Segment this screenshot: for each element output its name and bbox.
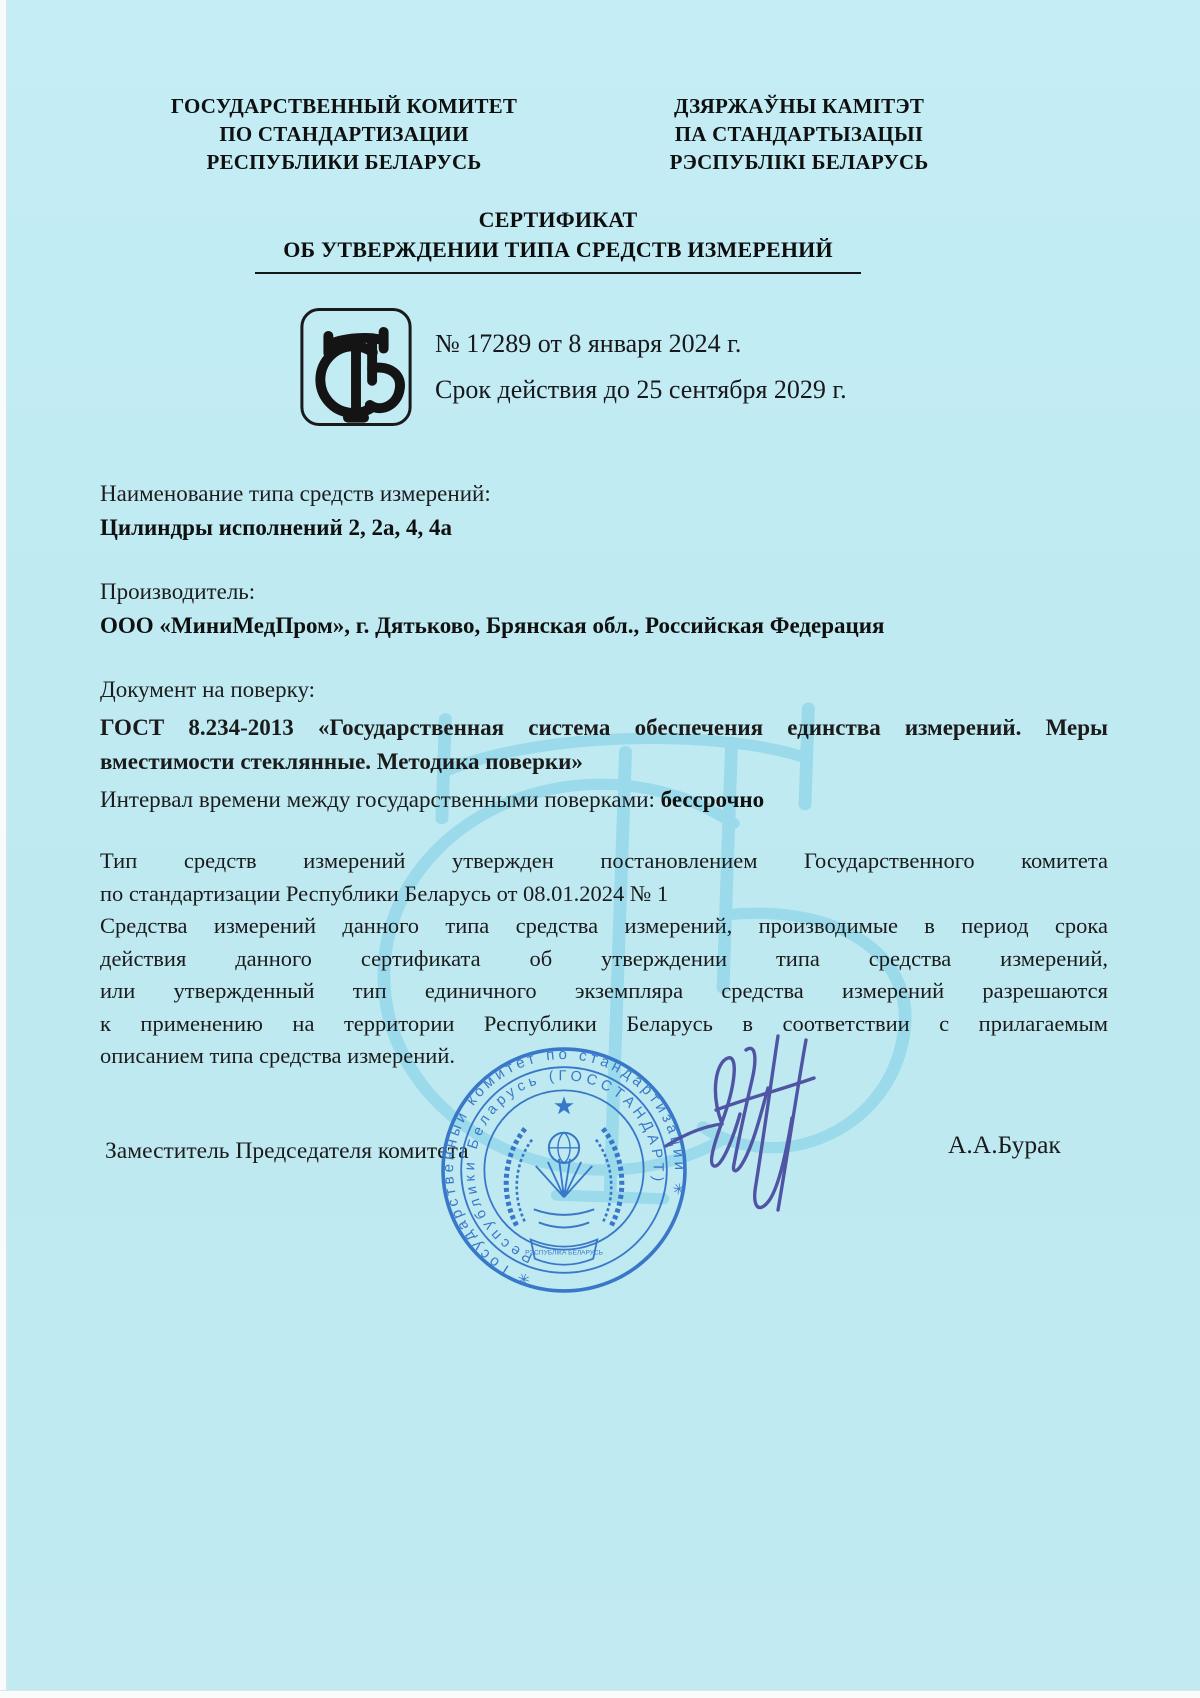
interval-value: бессрочно bbox=[661, 787, 765, 812]
letterhead-belarusian: ДЗЯРЖАЎНЫ КАМІТЭТ ПА СТАНДАРТЫЗАЦЫІ РЭСП… bbox=[648, 92, 950, 176]
certificate-validity: Срок действия до 25 сентября 2029 г. bbox=[435, 367, 847, 413]
type-name-value: Цилиндры исполнений 2, 2а, 4, 4а bbox=[100, 515, 1108, 541]
gosstandart-seal-icon: ✳ Государственный комитет по стандартиза… bbox=[438, 1044, 690, 1296]
paragraph-line6: к применению на территории Республики Бе… bbox=[100, 1008, 1108, 1041]
verification-doc-value: ГОСТ 8.234-2013 «Государственная система… bbox=[100, 711, 1108, 779]
verification-doc-line2: вместимости стеклянные. Методика поверки… bbox=[100, 745, 1108, 779]
manufacturer-value: ООО «МиниМедПром», г. Дятьково, Брянская… bbox=[100, 613, 1108, 639]
certificate-number: № 17289 от 8 января 2024 г. bbox=[435, 321, 847, 367]
manufacturer-label: Производитель: bbox=[100, 579, 1108, 605]
seal-star-icon bbox=[554, 1096, 573, 1114]
paragraph-line2: по стандартизации Республики Беларусь от… bbox=[100, 878, 1108, 911]
paragraph-line3: Средства измерений данного типа средства… bbox=[100, 910, 1108, 943]
letterhead-by-line1: ДЗЯРЖАЎНЫ КАМІТЭТ bbox=[648, 92, 950, 120]
paragraph-line4: действия данного сертификата об утвержде… bbox=[100, 943, 1108, 976]
stb-logo-icon bbox=[298, 306, 414, 428]
interval-label: Интервал времени между государственными … bbox=[100, 787, 661, 812]
letterhead-by-line3: РЭСПУБЛІКІ БЕЛАРУСЬ bbox=[648, 148, 950, 176]
seal-ribbon-text: РЭСПУБЛІКА БЕЛАРУСЬ bbox=[525, 1250, 603, 1257]
interval-line: Интервал времени между государственными … bbox=[100, 787, 1108, 813]
letterhead-ru-line2: ПО СТАНДАРТИЗАЦИИ bbox=[168, 120, 520, 148]
handwritten-signature-icon bbox=[658, 1012, 848, 1232]
signer-position-label: Заместитель Председателя комитета bbox=[105, 1138, 469, 1165]
approval-paragraph: Тип средств измерений утвержден постанов… bbox=[100, 845, 1108, 1073]
letterhead-russian: ГОСУДАРСТВЕННЫЙ КОМИТЕТ ПО СТАНДАРТИЗАЦИ… bbox=[168, 92, 520, 176]
title-line2: ОБ УТВЕРЖДЕНИИ ТИПА СРЕДСТВ ИЗМЕРЕНИЙ bbox=[255, 235, 861, 265]
letterhead-by-line2: ПА СТАНДАРТЫЗАЦЫІ bbox=[648, 120, 950, 148]
verification-doc-label: Документ на поверку: bbox=[100, 677, 1108, 703]
document-title: СЕРТИФИКАТ ОБ УТВЕРЖДЕНИИ ТИПА СРЕДСТВ И… bbox=[255, 205, 861, 274]
certificate-number-block: № 17289 от 8 января 2024 г. Срок действи… bbox=[435, 321, 847, 413]
type-name-label: Наименование типа средств измерений: bbox=[100, 481, 1108, 507]
scan-edge-bottom bbox=[0, 1690, 1200, 1698]
scan-edge-left bbox=[0, 0, 7, 1698]
letterhead-ru-line1: ГОСУДАРСТВЕННЫЙ КОМИТЕТ bbox=[168, 92, 520, 120]
letterhead-ru-line3: РЕСПУБЛИКИ БЕЛАРУСЬ bbox=[168, 148, 520, 176]
verification-doc-line1: ГОСТ 8.234-2013 «Государственная система… bbox=[100, 711, 1108, 745]
title-line1: СЕРТИФИКАТ bbox=[255, 205, 861, 235]
certificate-page: ГОСУДАРСТВЕННЫЙ КОМИТЕТ ПО СТАНДАРТИЗАЦИ… bbox=[0, 0, 1200, 1698]
paragraph-line1: Тип средств измерений утвержден постанов… bbox=[100, 845, 1108, 878]
signer-name: А.А.Бурак bbox=[948, 1130, 1061, 1160]
paragraph-line5: или утвержденный тип единичного экземпля… bbox=[100, 975, 1108, 1008]
